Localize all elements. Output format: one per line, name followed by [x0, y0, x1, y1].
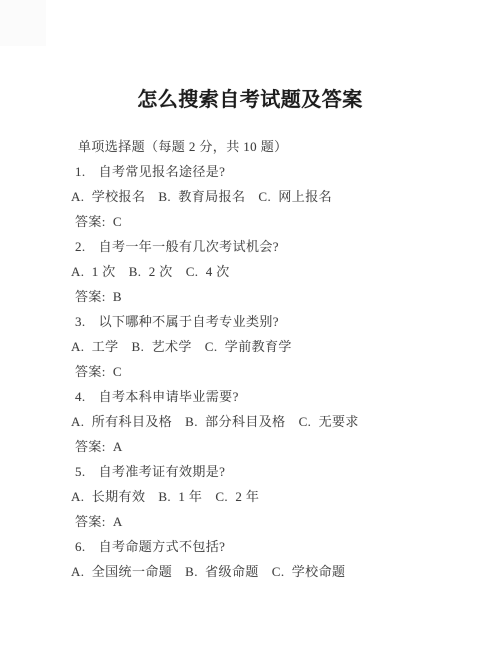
- option-b: B. 部分科目及格: [185, 414, 285, 429]
- scan-corner-shade: [0, 0, 46, 46]
- answer-value: A: [113, 439, 123, 454]
- page-title: 怎么搜索自考试题及答案: [0, 83, 500, 112]
- question-text: 自考常见报名途径是?: [99, 164, 226, 179]
- option-a: A. 1 次: [71, 264, 116, 279]
- question-2-answer-line: 答案:B: [71, 284, 486, 309]
- section-header: 单项选择题（每题 2 分，共 10 题）: [71, 134, 486, 159]
- answer-label: 答案:: [75, 214, 106, 229]
- answer-value: C: [113, 364, 122, 379]
- answer-value: C: [113, 214, 122, 229]
- question-2-options-line: A. 1 次B. 2 次C. 4 次: [71, 259, 486, 284]
- question-5-options-line: A. 长期有效B. 1 年C. 2 年: [71, 484, 486, 509]
- option-c: C. 网上报名: [258, 189, 332, 204]
- question-number: 1.: [75, 164, 86, 179]
- answer-value: A: [113, 514, 123, 529]
- question-number: 6.: [75, 539, 86, 554]
- question-text: 自考一年一般有几次考试机会?: [99, 239, 279, 254]
- question-2-line: 2.自考一年一般有几次考试机会?: [71, 234, 486, 259]
- answer-label: 答案:: [75, 364, 106, 379]
- question-text: 以下哪种不属于自考专业类别?: [99, 314, 279, 329]
- question-3-line: 3.以下哪种不属于自考专业类别?: [71, 309, 486, 334]
- option-c: C. 2 年: [215, 489, 259, 504]
- question-number: 2.: [75, 239, 86, 254]
- option-b: B. 省级命题: [185, 564, 259, 579]
- answer-value: B: [113, 289, 122, 304]
- question-5-answer-line: 答案:A: [71, 509, 486, 534]
- answer-label: 答案:: [75, 439, 106, 454]
- option-c: C. 学前教育学: [205, 339, 292, 354]
- question-number: 5.: [75, 464, 86, 479]
- question-text: 自考命题方式不包括?: [99, 539, 226, 554]
- option-a: A. 学校报名: [71, 189, 145, 204]
- option-c: C. 无要求: [299, 414, 359, 429]
- question-4-options-line: A. 所有科目及格B. 部分科目及格C. 无要求: [71, 409, 486, 434]
- option-c: C. 4 次: [186, 264, 230, 279]
- option-b: B. 2 次: [129, 264, 173, 279]
- question-6-options-line: A. 全国统一命题B. 省级命题C. 学校命题: [71, 559, 486, 584]
- question-1-options-line: A. 学校报名B. 教育局报名C. 网上报名: [71, 184, 486, 209]
- question-list: 单项选择题（每题 2 分，共 10 题） 1.自考常见报名途径是? A. 学校报…: [71, 134, 486, 584]
- option-a: A. 所有科目及格: [71, 414, 172, 429]
- question-text: 自考准考证有效期是?: [99, 464, 226, 479]
- question-4-answer-line: 答案:A: [71, 434, 486, 459]
- option-a: A. 全国统一命题: [71, 564, 172, 579]
- question-1-line: 1.自考常见报名途径是?: [71, 159, 486, 184]
- question-4-line: 4.自考本科申请毕业需要?: [71, 384, 486, 409]
- scanned-document-page: { "colors": { "background": "#ffffff", "…: [0, 0, 500, 647]
- answer-label: 答案:: [75, 514, 106, 529]
- question-number: 3.: [75, 314, 86, 329]
- answer-label: 答案:: [75, 289, 106, 304]
- option-c: C. 学校命题: [272, 564, 346, 579]
- question-3-options-line: A. 工学B. 艺术学C. 学前教育学: [71, 334, 486, 359]
- question-1-answer-line: 答案:C: [71, 209, 486, 234]
- option-b: B. 教育局报名: [158, 189, 245, 204]
- question-5-line: 5.自考准考证有效期是?: [71, 459, 486, 484]
- question-number: 4.: [75, 389, 86, 404]
- option-a: A. 工学: [71, 339, 119, 354]
- option-b: B. 1 年: [158, 489, 202, 504]
- question-3-answer-line: 答案:C: [71, 359, 486, 384]
- question-text: 自考本科申请毕业需要?: [99, 389, 239, 404]
- question-6-line: 6.自考命题方式不包括?: [71, 534, 486, 559]
- option-a: A. 长期有效: [71, 489, 145, 504]
- option-b: B. 艺术学: [132, 339, 192, 354]
